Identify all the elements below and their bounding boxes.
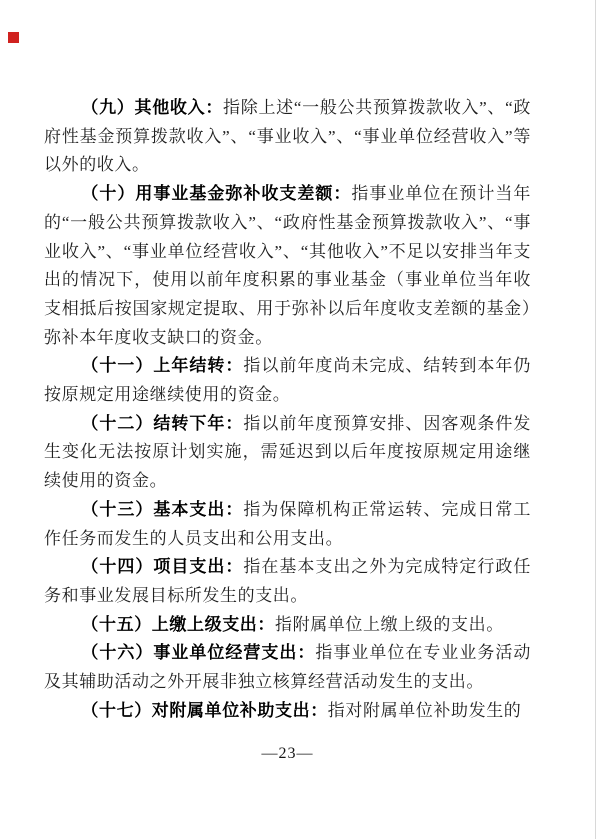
paragraph: （十四）项目支出：指在基本支出之外为完成特定行政任务和事业发展目标所发生的支出。: [44, 553, 531, 610]
paragraph: （十二）结转下年：指以前年度预算安排、因客观条件发生变化无法按原计划实施，需延迟…: [44, 410, 531, 496]
paragraph-lead: （九）其他收入：: [81, 98, 223, 117]
paragraph-lead: （十一）上年结转：: [81, 356, 243, 375]
paragraph: （十）用事业基金弥补收支差额：指事业单位在预计当年的“一般公共预算拨款收入”、“…: [44, 180, 531, 352]
paragraph-lead: （十）用事业基金弥补收支差额：: [81, 184, 351, 203]
red-square-marker: [8, 32, 19, 43]
paragraph-lead: （十五）上缴上级支出：: [81, 615, 275, 634]
paragraph: （九）其他收入：指除上述“一般公共预算拨款收入”、“政府性基金预算拨款收入”、“…: [44, 94, 531, 180]
paragraph-body: 指附属单位上缴上级的支出。: [275, 615, 504, 634]
paragraph-body: 指事业单位在预计当年的“一般公共预算拨款收入”、“政府性基金预算拨款收入”、“事…: [44, 184, 531, 347]
document-text-block: （九）其他收入：指除上述“一般公共预算拨款收入”、“政府性基金预算拨款收入”、“…: [44, 94, 531, 725]
paragraph: （十五）上缴上级支出：指附属单位上缴上级的支出。: [44, 611, 531, 640]
paragraph: （十七）对附属单位补助支出：指对附属单位补助发生的: [44, 697, 531, 726]
paragraph-lead: （十六）事业单位经营支出：: [81, 643, 315, 662]
paragraph: （十六）事业单位经营支出：指事业单位在专业业务活动及其辅助活动之外开展非独立核算…: [44, 639, 531, 696]
paragraph-lead: （十二）结转下年：: [81, 414, 243, 433]
paragraph-lead: （十七）对附属单位补助支出：: [81, 701, 327, 720]
paragraph-body: 指对附属单位补助发生的: [328, 701, 522, 720]
paragraph-lead: （十三）基本支出：: [81, 500, 243, 519]
paragraph-lead: （十四）项目支出：: [81, 557, 243, 576]
paragraph: （十一）上年结转：指以前年度尚未完成、结转到本年仍按原规定用途继续使用的资金。: [44, 352, 531, 409]
paragraph: （十三）基本支出：指为保障机构正常运转、完成日常工作任务而发生的人员支出和公用支…: [44, 496, 531, 553]
document-page: （九）其他收入：指除上述“一般公共预算拨款收入”、“政府性基金预算拨款收入”、“…: [0, 0, 596, 839]
page-number: —23—: [44, 744, 531, 764]
